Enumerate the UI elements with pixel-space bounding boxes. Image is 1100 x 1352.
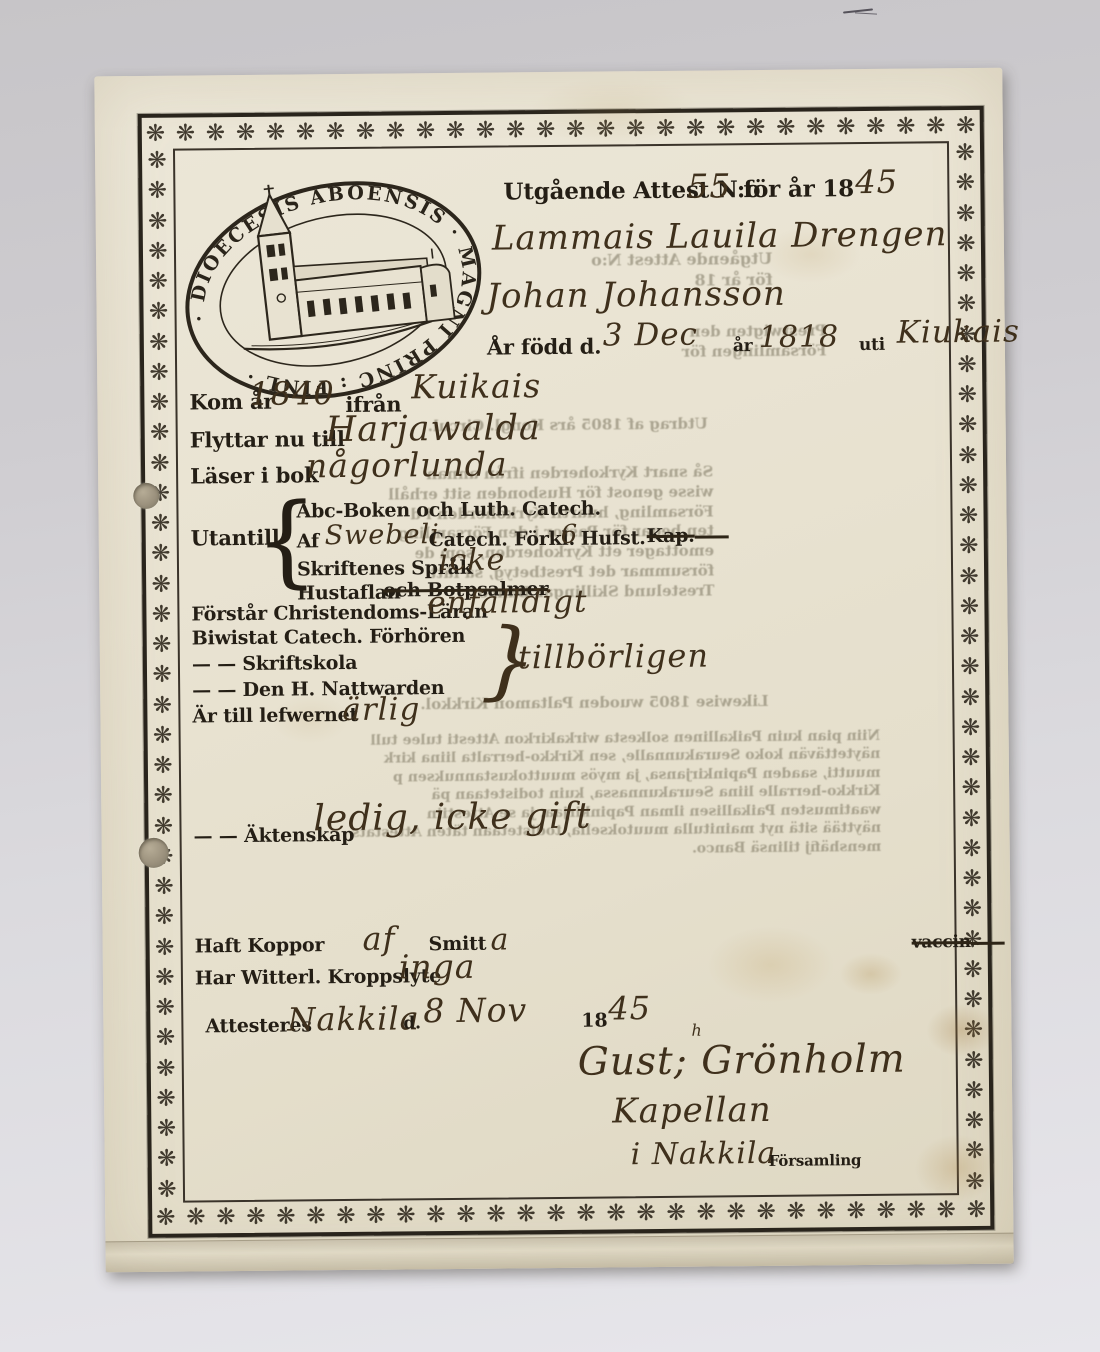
attest-date-hand: 8 Nov [423,990,527,1030]
rosette-ornament-icon: ❋ [965,1140,985,1163]
rosette-ornament-icon: ❋ [716,117,736,140]
rosette-ornament-icon: ❋ [476,119,496,142]
rosette-ornament-icon: ❋ [154,815,174,838]
rosette-ornament-icon: ❋ [416,120,436,143]
rosette-ornament-icon: ❋ [246,1205,266,1228]
attendance-row1: Biwistat Catech. Förhören [192,625,466,650]
punch-hole-top [133,483,159,509]
rosette-ornament-icon: ❋ [149,301,169,324]
pox-label: Haft Koppor [195,934,325,957]
rosette-ornament-icon: ❋ [156,1057,176,1080]
rosette-ornament-icon: ❋ [776,116,796,139]
rosette-ornament-icon: ❋ [186,1206,206,1229]
rosette-ornament-icon: ❋ [958,414,978,437]
rosette-ornament-icon: ❋ [964,1049,984,1072]
rosette-ornament-icon: ❋ [396,1204,416,1227]
rosette-ornament-icon: ❋ [206,122,226,145]
rosette-ornament-icon: ❋ [964,1019,984,1042]
rosette-ornament-icon: ❋ [152,664,172,687]
rosette-ornament-icon: ❋ [216,1206,236,1229]
rosette-ornament-icon: ❋ [959,505,979,528]
pox-hand1: af [362,920,395,958]
rosette-ornament-icon: ❋ [156,1027,176,1050]
rosette-ornament-icon: ❋ [963,959,983,982]
attendance-value-hand: tillbörligen [518,637,709,677]
rosette-ornament-icon: ❋ [596,118,616,141]
born-place-hand: Kiukais [897,314,1020,351]
rosette-ornament-icon: ❋ [149,331,169,354]
utantill-row1: Abc-Boken och Luth. Catech. [296,498,601,523]
rosette-ornament-icon: ❋ [959,565,979,588]
rosette-ornament-icon: ❋ [156,1087,176,1110]
rosette-ornament-icon: ❋ [296,121,316,144]
rosette-ornament-icon: ❋ [456,1203,476,1226]
rosette-ornament-icon: ❋ [153,755,173,778]
rosette-ornament-icon: ❋ [656,117,676,140]
signature-mark: h [691,1021,702,1040]
rosette-ornament-icon: ❋ [606,1202,626,1225]
rosette-ornament-icon: ❋ [960,596,980,619]
rosette-ornament-icon: ❋ [516,1203,536,1226]
came-year-hand: 1840 [249,374,335,413]
rosette-ornament-icon: ❋ [486,1203,506,1226]
rosette-ornament-icon: ❋ [154,876,174,899]
rosette-ornament-icon: ❋ [958,384,978,407]
reads-value-hand: någorlunda [306,444,508,485]
rosette-ornament-icon: ❋ [150,452,170,475]
rosette-ornament-icon: ❋ [155,966,175,989]
rosette-ornament-icon: ❋ [959,535,979,558]
rosette-ornament-icon: ❋ [806,116,826,139]
rosette-ornament-icon: ❋ [962,868,982,891]
attest-number-hand: 55 [687,166,731,205]
rosette-ornament-icon: ❋ [426,1204,446,1227]
rosette-ornament-icon: ❋ [236,121,256,144]
utantill-row2-num-hand: 6 [561,520,579,550]
rosette-ornament-icon: ❋ [386,120,406,143]
rosette-ornament-icon: ❋ [696,1201,716,1224]
rosette-ornament-icon: ❋ [956,233,976,256]
rosette-ornament-icon: ❋ [326,120,346,143]
rosette-ornament-icon: ❋ [965,1110,985,1133]
rosette-ornament-icon: ❋ [576,1202,596,1225]
rosette-ornament-icon: ❋ [536,118,556,141]
attest-year-hand: 45 [855,163,898,201]
rosette-ornament-icon: ❋ [816,1200,836,1223]
rosette-ornament-icon: ❋ [155,936,175,959]
attest-year-printed: 18 [581,1010,607,1032]
rosette-ornament-icon: ❋ [148,180,168,203]
conduct-value-hand: ärlig [342,691,420,728]
rosette-ornament-icon: ❋ [153,694,173,717]
rosette-ornament-icon: ❋ [666,1201,686,1224]
utantill-row2-hand: Swebeli [325,519,440,551]
rosette-ornament-icon: ❋ [962,807,982,830]
rosette-ornament-icon: ❋ [152,634,172,657]
rosette-ornament-icon: ❋ [151,543,171,566]
rosette-ornament-icon: ❋ [157,1148,177,1171]
rosette-ornament-icon: ❋ [957,293,977,316]
rosette-ornament-icon: ❋ [961,686,981,709]
attendance-row2: — — Skriftskola [192,652,358,676]
pox-hand2: a [490,922,509,957]
rosette-ornament-icon: ❋ [149,271,169,294]
rosette-ornament-icon: ❋ [965,1170,985,1193]
rosette-ornament-icon: ❋ [967,1198,987,1221]
rosette-ornament-icon: ❋ [746,116,766,139]
certificate-paper: Utgående Attest N:oför år 18 Prestwigten… [94,68,1013,1273]
rosette-ornament-icon: ❋ [686,117,706,140]
photo-background: Utgående Attest N:oför år 18 Prestwigten… [0,0,1100,1352]
paper-bottom-fold [105,1233,1013,1273]
lyte-value-hand: inga [399,947,476,987]
rosette-ornament-icon: ❋ [147,150,167,173]
rosette-ornament-icon: ❋ [152,603,172,626]
rosette-ornament-icon: ❋ [366,1204,386,1227]
attest-place-hand: Nakkila [287,999,420,1038]
rosette-ornament-icon: ❋ [356,120,376,143]
rosette-ornament-icon: ❋ [306,1205,326,1228]
utantill-row2-struck: Kap. [647,525,695,547]
rosette-ornament-icon: ❋ [956,172,976,195]
rosette-ornament-icon: ❋ [786,1200,806,1223]
moves-place-hand: Harjawalda [325,408,541,450]
born-label: År född d. [487,334,602,360]
attest-year-hand: 45 [608,989,651,1027]
born-year-label: år [733,336,753,356]
born-daymonth-hand: 3 Dec [603,317,698,354]
rosette-ornament-icon: ❋ [276,1205,296,1228]
signature-title: Kapellan [612,1090,772,1132]
rosette-ornament-icon: ❋ [962,838,982,861]
rosette-ornament-icon: ❋ [961,777,981,800]
rosette-ornament-icon: ❋ [960,626,980,649]
utantill-row2-post: Hufst. [581,527,646,550]
pox-struck-vaccin: vaccin [912,932,971,953]
rosette-ornament-icon: ❋ [149,361,169,384]
came-place-hand: Kuikais [411,366,541,406]
utantill-row3-hand: icke [439,542,506,578]
rosette-ornament-icon: ❋ [955,142,975,165]
rosette-ornament-icon: ❋ [546,1202,566,1225]
rosette-ornament-icon: ❋ [566,118,586,141]
rosette-ornament-icon: ❋ [153,724,173,747]
rosette-ornament-icon: ❋ [155,906,175,929]
rosette-ornament-icon: ❋ [957,354,977,377]
rosette-ornament-icon: ❋ [176,122,196,145]
scratch-mark [843,7,879,15]
born-uti-label: uti [859,335,885,355]
utantill-row2-pre: Af [297,530,319,552]
rosette-ornament-icon: ❋ [155,997,175,1020]
rosette-ornament-icon: ❋ [961,717,981,740]
rosette-ornament-icon: ❋ [150,392,170,415]
rosette-ornament-icon: ❋ [964,1080,984,1103]
rosette-ornament-icon: ❋ [151,573,171,596]
rosette-ornament-icon: ❋ [963,898,983,921]
rosette-ornament-icon: ❋ [937,1199,957,1222]
rosette-ornament-icon: ❋ [959,475,979,498]
rosette-ornament-icon: ❋ [636,1202,656,1225]
rosette-ornament-icon: ❋ [336,1204,356,1227]
rosette-ornament-icon: ❋ [756,1200,776,1223]
person-name-line2: Johan Johansson [486,274,786,317]
rosette-ornament-icon: ❋ [157,1118,177,1141]
rosette-ornament-icon: ❋ [956,114,976,137]
rosette-ornament-icon: ❋ [151,513,171,536]
person-name-line1: Lammais Lauila Drengen [492,214,948,258]
rosette-ornament-icon: ❋ [836,116,856,139]
rosette-ornament-icon: ❋ [446,119,466,142]
attest-header-year-label: för år 18 [743,175,854,203]
rosette-ornament-icon: ❋ [906,1199,926,1222]
rosette-ornament-icon: ❋ [866,115,886,138]
rosette-ornament-icon: ❋ [956,202,976,225]
rosette-ornament-icon: ❋ [896,115,916,138]
rosette-ornament-icon: ❋ [926,115,946,138]
rosette-ornament-icon: ❋ [960,656,980,679]
rosette-ornament-icon: ❋ [148,240,168,263]
marriage-value-hand: ledig, icke gift [313,796,591,840]
rosette-ornament-icon: ❋ [506,119,526,142]
rosette-ornament-icon: ❋ [846,1200,866,1223]
rosette-ornament-icon: ❋ [157,1178,177,1201]
rosette-ornament-icon: ❋ [963,989,983,1012]
rosette-ornament-icon: ❋ [876,1199,896,1222]
born-year-hand: 1818 [759,319,840,355]
rosette-ornament-icon: ❋ [150,422,170,445]
rosette-ornament-icon: ❋ [153,785,173,808]
rosette-ornament-icon: ❋ [146,122,166,145]
signature-parish-printed: Församling [769,1151,862,1170]
signature-parish-hand: i Nakkila [630,1136,776,1172]
rosette-ornament-icon: ❋ [726,1201,746,1224]
rosette-ornament-icon: ❋ [626,118,646,141]
punch-hole-bottom [139,838,169,868]
rosette-ornament-icon: ❋ [266,121,286,144]
rosette-ornament-icon: ❋ [961,747,981,770]
rosette-ornament-icon: ❋ [956,263,976,286]
rosette-ornament-icon: ❋ [148,210,168,233]
signature-name: Gust; Grönholm [578,1037,906,1085]
attest-d-label: d. [403,1013,421,1033]
rosette-ornament-icon: ❋ [156,1206,176,1229]
conduct-label: Är till lefwernet [192,704,358,728]
rosette-ornament-icon: ❋ [958,444,978,467]
